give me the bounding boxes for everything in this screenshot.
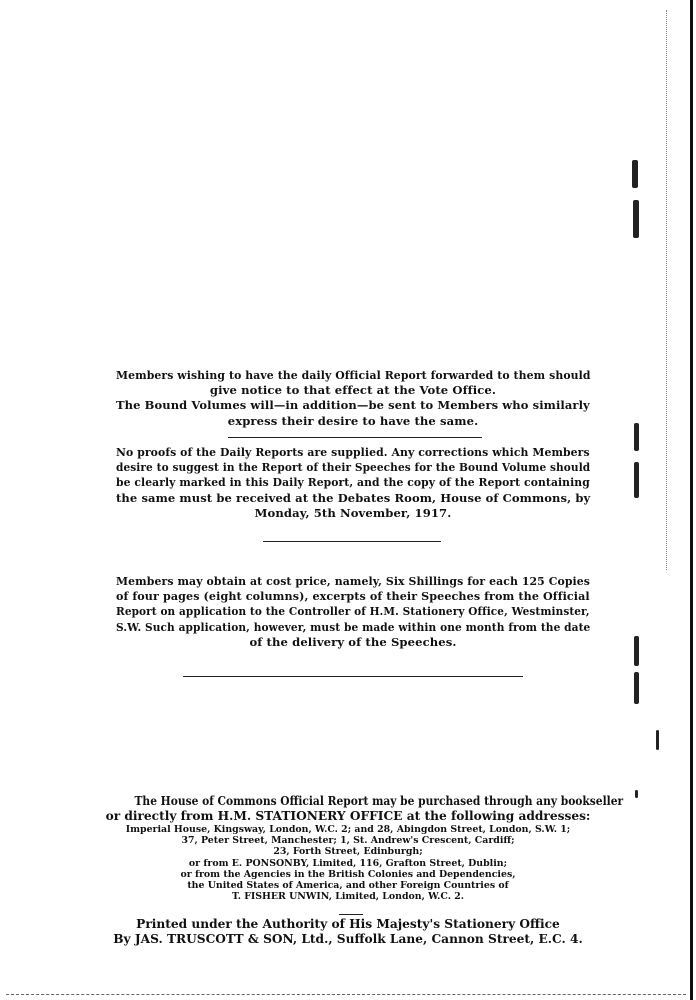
address-line: the United States of America, and other … [104, 880, 592, 891]
divider [228, 437, 482, 438]
notice-line: be clearly marked in this Daily Report, … [116, 475, 556, 490]
notice-line: Report on application to the Controller … [116, 604, 545, 619]
divider [339, 914, 363, 915]
purchase-addresses: Imperial House, Kingsway, London, W.C. 2… [104, 824, 592, 902]
notice-line: Members may obtain at cost price, namely… [116, 574, 561, 589]
address-line: T. FISHER UNWIN, Limited, London, W.C. 2… [104, 891, 592, 902]
notice-line: of four pages (eight columns), excerpts … [116, 589, 572, 604]
scan-mark [634, 672, 639, 704]
scan-edge-border [690, 0, 693, 1000]
scan-mark [634, 462, 639, 498]
purchase-line: or directly from H.M. STATIONERY OFFICE … [104, 809, 592, 824]
notice-deadline: Monday, 5th November, 1917. [116, 506, 590, 521]
scan-mark [635, 790, 638, 798]
notice-excerpts: Members may obtain at cost price, namely… [116, 574, 590, 650]
notice-line: desire to suggest in the Report of their… [116, 460, 547, 475]
divider [263, 541, 441, 542]
scan-mark [632, 160, 638, 188]
notice-corrections: No proofs of the Daily Reports are suppl… [116, 445, 590, 521]
address-line: or from E. PONSONBY, Limited, 116, Graft… [104, 858, 592, 869]
notice-line: No proofs of the Daily Reports are suppl… [116, 445, 559, 460]
notice-line: the same must be received at the Debates… [116, 491, 587, 506]
imprint-line: Printed under the Authority of His Majes… [104, 917, 592, 932]
notice-line: of the delivery of the Speeches. [116, 635, 590, 650]
scan-mark [656, 730, 659, 750]
notice-forwarding: Members wishing to have the daily Offici… [116, 368, 590, 429]
notice-line: give notice to that effect at the Vote O… [116, 383, 590, 398]
notice-line: S.W. Such application, however, must be … [116, 620, 548, 635]
imprint: Printed under the Authority of His Majes… [104, 917, 592, 947]
address-line: 37, Peter Street, Manchester; 1, St. And… [104, 835, 592, 846]
scan-mark [633, 200, 639, 238]
address-line: Imperial House, Kingsway, London, W.C. 2… [104, 824, 592, 835]
address-line: or from the Agencies in the British Colo… [104, 869, 592, 880]
notice-line: express their desire to have the same. [116, 414, 590, 429]
scan-mark [634, 423, 639, 451]
purchase-heading: The House of Commons Official Report may… [104, 794, 592, 824]
scan-dotted-margin [666, 10, 667, 570]
scan-bottom-rule [6, 994, 686, 995]
divider [183, 676, 523, 677]
address-line: 23, Forth Street, Edinburgh; [104, 846, 592, 857]
imprint-line: By JAS. TRUSCOTT & SON, Ltd., Suffolk La… [104, 932, 592, 947]
notice-line: Members wishing to have the daily Offici… [116, 368, 560, 383]
purchase-line: The House of Commons Official Report may… [135, 794, 562, 809]
scan-mark [634, 636, 639, 666]
notice-line: The Bound Volumes will—in addition—be se… [116, 398, 586, 413]
